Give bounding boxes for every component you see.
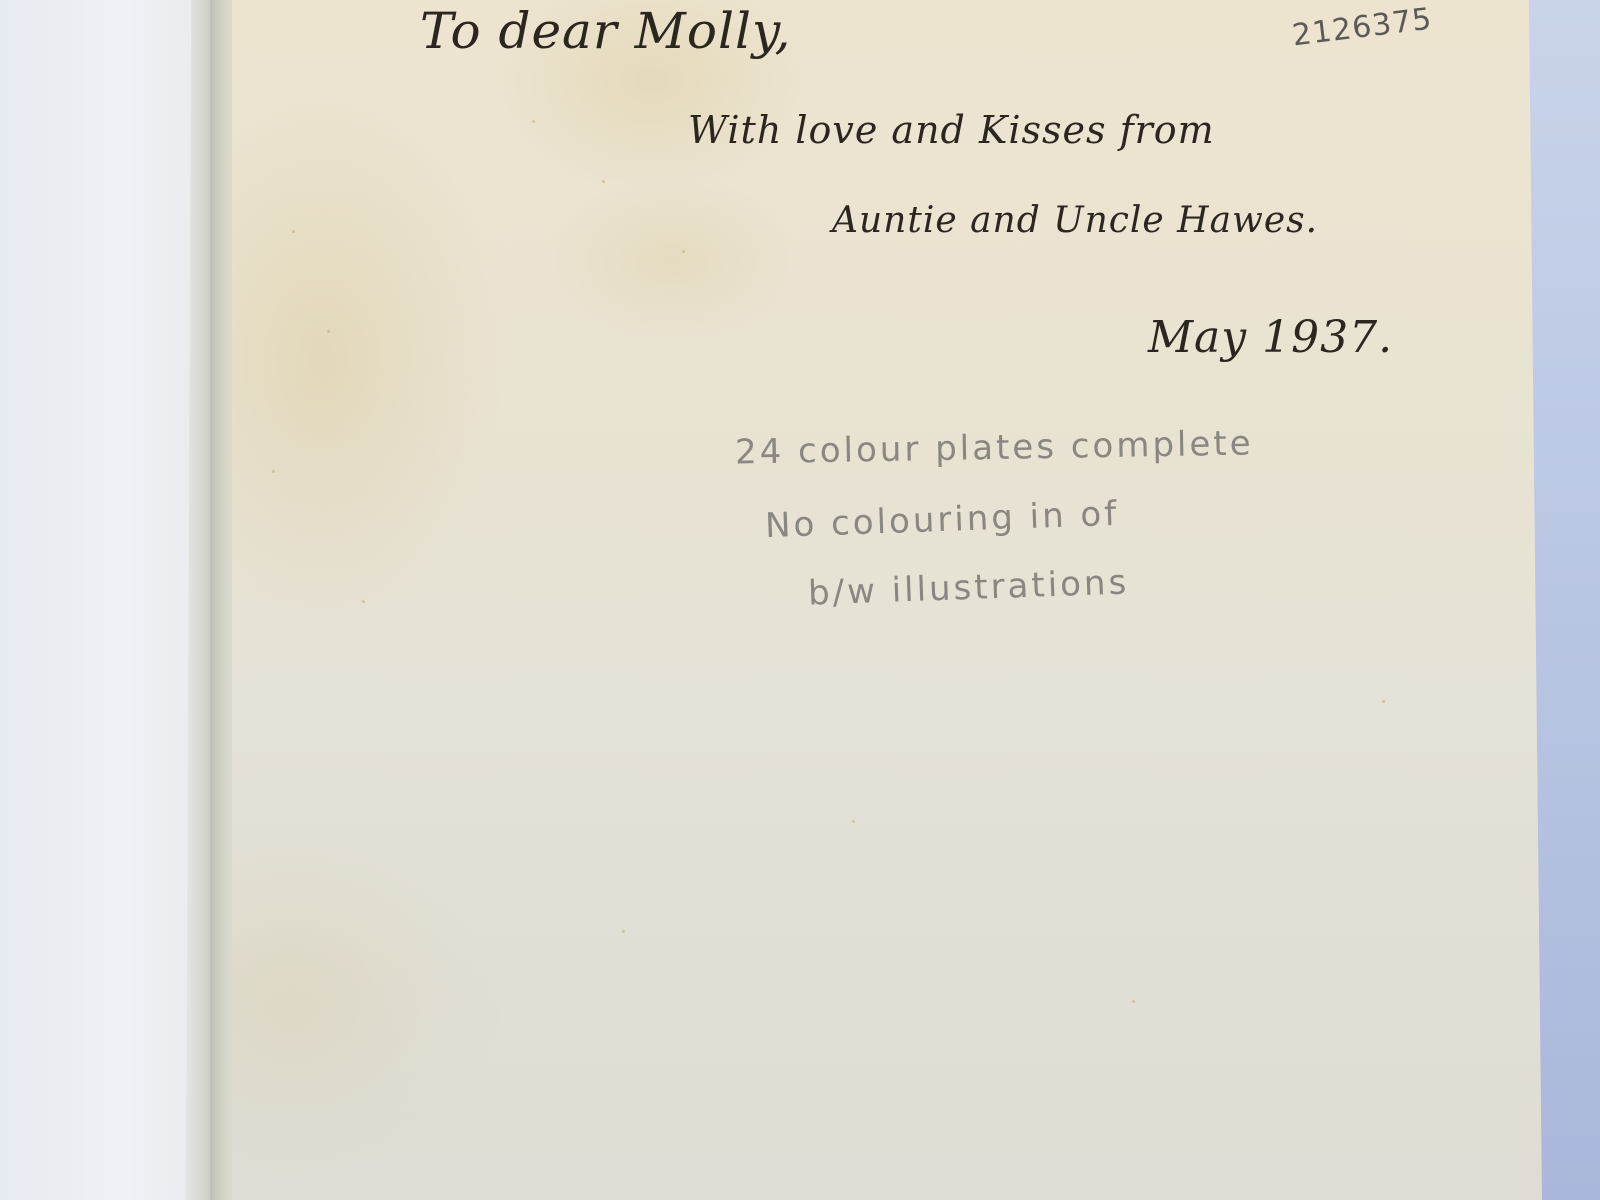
inscription-signature: Auntie and Uncle Hawes. — [832, 200, 1318, 241]
gutter-shadow — [210, 0, 216, 1200]
foxing-spot — [327, 330, 330, 333]
inscription-date: May 1937. — [1148, 312, 1393, 363]
foxing-spot — [362, 600, 365, 603]
inscription-message: With love and Kisses from — [688, 108, 1215, 152]
foxing-spot — [272, 470, 275, 473]
foxing-spot — [532, 120, 535, 123]
foxing-spot — [682, 250, 685, 253]
foxing-spot — [622, 930, 625, 933]
foxing-spot — [852, 820, 855, 823]
inscription-greeting: To dear Molly, — [420, 2, 791, 60]
book-photo: To dear Molly, With love and Kisses from… — [0, 0, 1600, 1200]
foxing-spot — [1132, 1000, 1135, 1003]
foxing-spot — [292, 230, 295, 233]
foxing-spot — [1382, 700, 1385, 703]
foxing-spot — [602, 180, 605, 183]
